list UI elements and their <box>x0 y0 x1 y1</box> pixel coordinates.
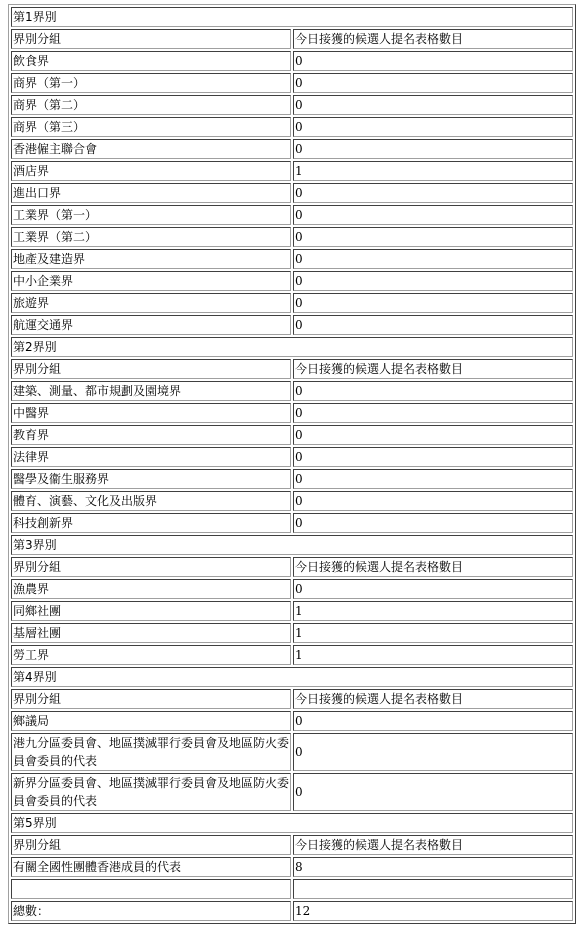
column-header-category: 界別分組 <box>11 29 291 49</box>
category-name: 商界（第一） <box>11 73 291 93</box>
form-count: 0 <box>293 381 573 401</box>
column-header-count: 今日接獲的候選人提名表格數目 <box>293 29 573 49</box>
category-name: 基層社團 <box>11 623 291 643</box>
category-name: 旅遊界 <box>11 293 291 313</box>
category-name: 工業界（第二） <box>11 227 291 247</box>
category-name: 港九分區委員會、地區撲滅罪行委員會及地區防火委員會委員的代表 <box>11 733 291 771</box>
column-header-row: 界別分組 今日接獲的候選人提名表格數目 <box>11 835 573 855</box>
table-row: 法律界0 <box>11 447 573 467</box>
category-name: 勞工界 <box>11 645 291 665</box>
category-name: 體育、演藝、文化及出版界 <box>11 491 291 511</box>
form-count: 0 <box>293 491 573 511</box>
section-header-row: 第1界別 <box>11 7 573 27</box>
table-row: 漁農界0 <box>11 579 573 599</box>
form-count: 1 <box>293 161 573 181</box>
form-count: 0 <box>293 95 573 115</box>
column-header-count: 今日接獲的候選人提名表格數目 <box>293 557 573 577</box>
table-row: 醫學及衞生服務界0 <box>11 469 573 489</box>
column-header-category: 界別分組 <box>11 557 291 577</box>
table-row: 港九分區委員會、地區撲滅罪行委員會及地區防火委員會委員的代表0 <box>11 733 573 771</box>
category-name: 建築、測量、都市規劃及園境界 <box>11 381 291 401</box>
column-header-count: 今日接獲的候選人提名表格數目 <box>293 359 573 379</box>
table-row: 航運交通界0 <box>11 315 573 335</box>
table-row: 飲食界0 <box>11 51 573 71</box>
column-header-category: 界別分組 <box>11 835 291 855</box>
category-name: 教育界 <box>11 425 291 445</box>
table-row: 商界（第三）0 <box>11 117 573 137</box>
table-row: 新界分區委員會、地區撲滅罪行委員會及地區防火委員會委員的代表0 <box>11 773 573 811</box>
form-count: 0 <box>293 447 573 467</box>
form-count: 0 <box>293 469 573 489</box>
category-name: 飲食界 <box>11 51 291 71</box>
table-row: 工業界（第二）0 <box>11 227 573 247</box>
table-row: 商界（第二）0 <box>11 95 573 115</box>
section-title: 第2界別 <box>11 337 573 357</box>
form-count: 0 <box>293 293 573 313</box>
table-row: 旅遊界0 <box>11 293 573 313</box>
form-count: 0 <box>293 51 573 71</box>
table-row: 進出口界0 <box>11 183 573 203</box>
category-name: 中醫界 <box>11 403 291 423</box>
section-header-row: 第5界別 <box>11 813 573 833</box>
category-name: 酒店界 <box>11 161 291 181</box>
form-count: 0 <box>293 773 573 811</box>
table-row: 有關全國性團體香港成員的代表8 <box>11 857 573 877</box>
table-row: 同鄉社團1 <box>11 601 573 621</box>
results-table-container: 第1界別 界別分組 今日接獲的候選人提名表格數目 飲食界0 商界（第一）0 商界… <box>8 4 576 924</box>
form-count: 0 <box>293 73 573 93</box>
form-count: 0 <box>293 117 573 137</box>
category-name: 商界（第二） <box>11 95 291 115</box>
category-name: 醫學及衞生服務界 <box>11 469 291 489</box>
blank-cell <box>11 879 291 899</box>
section-title: 第5界別 <box>11 813 573 833</box>
category-name: 地產及建造界 <box>11 249 291 269</box>
form-count: 1 <box>293 645 573 665</box>
category-name: 同鄉社團 <box>11 601 291 621</box>
nomination-forms-table: 第1界別 界別分組 今日接獲的候選人提名表格數目 飲食界0 商界（第一）0 商界… <box>8 4 576 924</box>
column-header-category: 界別分組 <box>11 359 291 379</box>
table-row: 酒店界1 <box>11 161 573 181</box>
section-title: 第3界別 <box>11 535 573 555</box>
column-header-row: 界別分組 今日接獲的候選人提名表格數目 <box>11 359 573 379</box>
category-name: 科技創新界 <box>11 513 291 533</box>
section-title: 第4界別 <box>11 667 573 687</box>
table-row: 體育、演藝、文化及出版界0 <box>11 491 573 511</box>
category-name: 工業界（第一） <box>11 205 291 225</box>
total-row: 總數： 12 <box>11 901 573 921</box>
category-name: 鄉議局 <box>11 711 291 731</box>
section-header-row: 第4界別 <box>11 667 573 687</box>
form-count: 0 <box>293 513 573 533</box>
category-name: 新界分區委員會、地區撲滅罪行委員會及地區防火委員會委員的代表 <box>11 773 291 811</box>
table-row: 鄉議局0 <box>11 711 573 731</box>
section-header-row: 第2界別 <box>11 337 573 357</box>
table-row: 建築、測量、都市規劃及園境界0 <box>11 381 573 401</box>
table-row: 商界（第一）0 <box>11 73 573 93</box>
form-count: 0 <box>293 227 573 247</box>
category-name: 進出口界 <box>11 183 291 203</box>
column-header-category: 界別分組 <box>11 689 291 709</box>
table-row: 勞工界1 <box>11 645 573 665</box>
table-row: 教育界0 <box>11 425 573 445</box>
form-count: 8 <box>293 857 573 877</box>
column-header-row: 界別分組 今日接獲的候選人提名表格數目 <box>11 29 573 49</box>
category-name: 香港僱主聯合會 <box>11 139 291 159</box>
table-row: 中小企業界0 <box>11 271 573 291</box>
form-count: 0 <box>293 711 573 731</box>
column-header-count: 今日接獲的候選人提名表格數目 <box>293 835 573 855</box>
category-name: 商界（第三） <box>11 117 291 137</box>
table-row: 中醫界0 <box>11 403 573 423</box>
total-count: 12 <box>293 901 573 921</box>
column-header-row: 界別分組 今日接獲的候選人提名表格數目 <box>11 689 573 709</box>
section-title: 第1界別 <box>11 7 573 27</box>
form-count: 1 <box>293 601 573 621</box>
form-count: 0 <box>293 425 573 445</box>
table-row: 基層社團1 <box>11 623 573 643</box>
column-header-row: 界別分組 今日接獲的候選人提名表格數目 <box>11 557 573 577</box>
form-count: 0 <box>293 205 573 225</box>
form-count: 1 <box>293 623 573 643</box>
category-name: 有關全國性團體香港成員的代表 <box>11 857 291 877</box>
form-count: 0 <box>293 403 573 423</box>
form-count: 0 <box>293 733 573 771</box>
form-count: 0 <box>293 579 573 599</box>
table-row: 地產及建造界0 <box>11 249 573 269</box>
category-name: 中小企業界 <box>11 271 291 291</box>
blank-cell <box>293 879 573 899</box>
blank-row <box>11 879 573 899</box>
form-count: 0 <box>293 271 573 291</box>
section-header-row: 第3界別 <box>11 535 573 555</box>
table-row: 工業界（第一）0 <box>11 205 573 225</box>
table-row: 科技創新界0 <box>11 513 573 533</box>
column-header-count: 今日接獲的候選人提名表格數目 <box>293 689 573 709</box>
form-count: 0 <box>293 315 573 335</box>
category-name: 航運交通界 <box>11 315 291 335</box>
total-label: 總數： <box>11 901 291 921</box>
form-count: 0 <box>293 183 573 203</box>
form-count: 0 <box>293 249 573 269</box>
category-name: 法律界 <box>11 447 291 467</box>
form-count: 0 <box>293 139 573 159</box>
table-row: 香港僱主聯合會0 <box>11 139 573 159</box>
category-name: 漁農界 <box>11 579 291 599</box>
